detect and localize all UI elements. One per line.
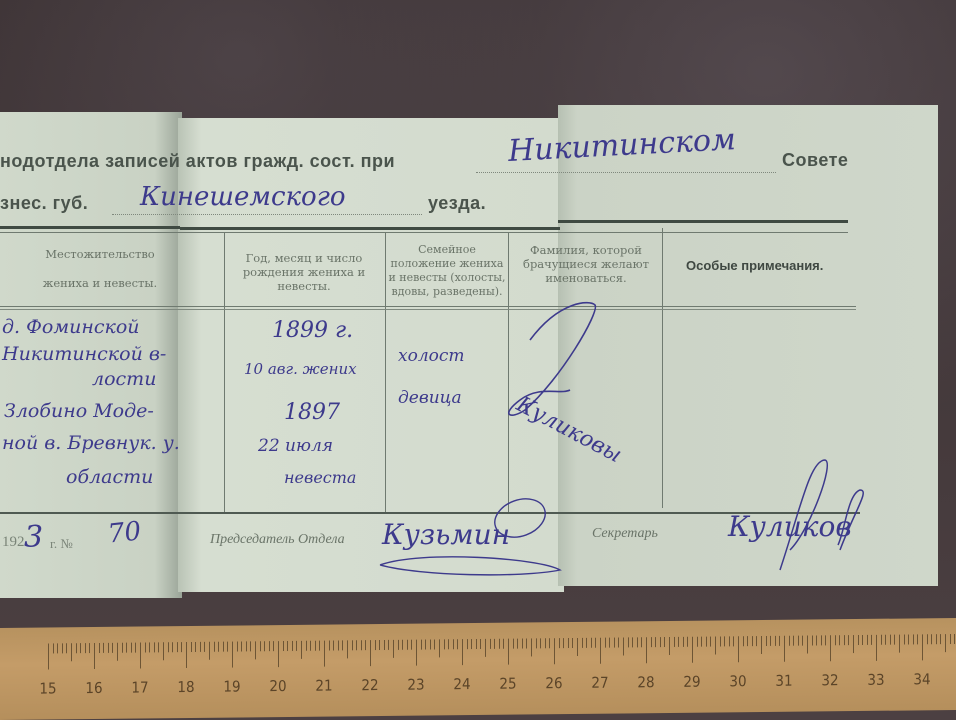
ruler-tick: [954, 634, 955, 644]
ruler-tick: [766, 636, 767, 646]
ruler-tick: [825, 635, 826, 645]
ruler-tick: [218, 642, 219, 652]
ruler-tick: [770, 636, 771, 646]
ruler-tick: [683, 637, 684, 647]
ruler-tick: [352, 640, 353, 650]
ruler-tick: [517, 639, 518, 649]
ruler-number: 31: [775, 672, 792, 690]
ruler-tick: [678, 637, 679, 647]
ruler-number: 24: [453, 675, 470, 693]
ruler-tick: [467, 639, 468, 649]
ruler-tick: [628, 637, 629, 647]
ruler-tick: [149, 642, 150, 652]
ruler-tick: [936, 634, 937, 644]
surname-flourish-icon: [500, 300, 620, 430]
ruler-tick: [214, 642, 215, 652]
ruler-tick: [453, 639, 454, 649]
ruler-tick: [375, 640, 376, 650]
ruler-tick: [232, 642, 233, 668]
secretary-label: Секретарь: [592, 526, 658, 542]
ruler-number: 23: [407, 676, 424, 694]
ruler-tick: [917, 634, 918, 644]
ruler-tick: [310, 641, 311, 651]
ruler-tick: [237, 642, 238, 652]
footer-number-label: г. №: [50, 536, 73, 552]
ruler-tick: [536, 638, 537, 648]
ruler-tick: [370, 640, 371, 666]
ruler-tick: [250, 641, 251, 651]
ruler-tick: [499, 639, 500, 649]
ruler-tick: [756, 636, 757, 646]
ruler-tick: [76, 643, 77, 653]
header-line2-prefix: знес. губ.: [0, 193, 88, 214]
ruler-tick: [931, 634, 932, 644]
ruler-tick: [319, 641, 320, 651]
ruler-tick: [913, 634, 914, 644]
ruler-tick: [255, 641, 256, 659]
ruler-tick: [71, 643, 72, 661]
column-divider-1: [224, 232, 225, 512]
ruler-tick: [839, 635, 840, 645]
ruler-tick: [692, 637, 693, 663]
ruler-tick: [641, 637, 642, 647]
ruler-tick: [186, 642, 187, 668]
column-header-birth: Год, месяц и число рождения жениха и нев…: [236, 251, 372, 293]
ruler-number: 20: [269, 677, 286, 695]
ruler-tick: [779, 636, 780, 646]
ruler-number: 17: [131, 678, 148, 696]
column-header-status: Семейное положение жениха и невесты (хол…: [387, 243, 507, 299]
ruler-tick: [549, 638, 550, 648]
ruler-tick: [393, 640, 394, 658]
ruler-tick: [591, 638, 592, 648]
ruler-tick: [789, 636, 790, 646]
ruler-tick: [48, 643, 49, 669]
ruler-tick: [333, 641, 334, 651]
cell-birth-line4: 22 июля: [258, 436, 333, 456]
ruler-tick: [361, 640, 362, 650]
table-top-rule-thin: [0, 232, 848, 233]
ruler-tick: [697, 637, 698, 647]
ruler-tick: [103, 643, 104, 653]
ruler-tick: [177, 642, 178, 652]
ruler-tick: [876, 635, 877, 661]
ruler-tick: [108, 643, 109, 653]
ruler-tick: [651, 637, 652, 647]
ruler-tick: [122, 643, 123, 653]
ruler-tick: [89, 643, 90, 653]
ruler-number: 16: [85, 679, 102, 697]
ruler-tick: [614, 638, 615, 648]
ruler-tick: [655, 637, 656, 647]
cell-residence-line3: лости: [92, 368, 156, 390]
ruler-tick: [848, 635, 849, 645]
ruler-tick: [554, 638, 555, 664]
ruler-number: 28: [637, 673, 654, 691]
ruler-tick: [761, 636, 762, 654]
ruler-tick: [743, 636, 744, 646]
ruler-tick: [269, 641, 270, 651]
ruler-tick: [112, 643, 113, 653]
ruler-tick: [168, 642, 169, 652]
ruler-tick: [398, 640, 399, 650]
ruler-tick: [384, 640, 385, 650]
ruler-tick: [53, 643, 54, 653]
ruler-tick: [577, 638, 578, 656]
chairman-label: Председатель Отдела: [210, 532, 345, 548]
table-top-rule-left: [0, 226, 180, 229]
ruler-tick: [407, 640, 408, 650]
ruler-tick: [457, 639, 458, 649]
ruler-tick: [338, 640, 339, 650]
ruler-tick: [720, 636, 721, 646]
ruler-tick: [950, 634, 951, 644]
ruler-tick: [448, 639, 449, 649]
ruler-tick: [315, 641, 316, 651]
ruler-tick: [802, 636, 803, 646]
ruler-tick: [582, 638, 583, 648]
ruler-number: 19: [223, 677, 240, 695]
ruler-tick: [618, 638, 619, 648]
ruler-tick: [710, 637, 711, 647]
ruler-tick: [775, 636, 776, 646]
ruler-tick: [793, 636, 794, 646]
ruler-tick: [522, 639, 523, 649]
ruler-tick: [66, 643, 67, 653]
header-line1-prefix: нодотдела записей актов гражд. сост. при: [0, 151, 395, 172]
ruler-tick: [195, 642, 196, 652]
ruler-number: 29: [683, 673, 700, 691]
ruler-tick: [733, 636, 734, 646]
ruler-tick: [922, 634, 923, 660]
ruler-tick: [605, 638, 606, 648]
ruler-tick: [356, 640, 357, 650]
ruler-tick: [273, 641, 274, 651]
cell-residence-line1: д. Фоминской: [2, 316, 140, 338]
ruler-tick: [784, 636, 785, 662]
ruler-tick: [940, 634, 941, 644]
ruler-number: 21: [315, 677, 332, 695]
ruler-tick: [600, 638, 601, 664]
ruler-tick: [94, 643, 95, 669]
footer-year-prefix: 192: [2, 534, 25, 551]
ruler-tick: [241, 641, 242, 651]
ruler-tick: [674, 637, 675, 647]
ruler-tick: [411, 640, 412, 650]
ruler-tick: [664, 637, 665, 647]
ruler-tick: [816, 635, 817, 645]
ruler-number: 34: [913, 670, 930, 688]
column-header-rule-2: [0, 309, 856, 310]
ruler-tick: [798, 636, 799, 646]
cell-birth-line2: 10 авг. жених: [244, 360, 357, 378]
cell-residence-line4: Злобино Моде-: [4, 400, 154, 422]
ruler-tick: [246, 641, 247, 651]
ruler-tick: [306, 641, 307, 651]
ruler-tick: [812, 635, 813, 645]
ruler-number: 30: [729, 672, 746, 690]
ruler-tick: [200, 642, 201, 652]
cell-status-line1: холост: [398, 346, 465, 366]
header-line2-suffix: уезда.: [428, 193, 486, 214]
ruler-tick: [715, 637, 716, 655]
ruler-tick: [181, 642, 182, 652]
ruler-tick: [706, 637, 707, 647]
ruler-tick: [292, 641, 293, 651]
ruler-tick: [480, 639, 481, 649]
cell-residence-line2: Никитинской в-: [2, 343, 166, 365]
ruler-tick: [513, 639, 514, 649]
ruler-tick: [227, 642, 228, 652]
ruler-tick: [223, 642, 224, 652]
ruler-tick: [890, 635, 891, 645]
cell-birth-line1: 1899 г.: [272, 318, 353, 343]
ruler-tick: [545, 638, 546, 648]
ruler-tick: [752, 636, 753, 646]
ruler-tick: [867, 635, 868, 645]
ruler-tick: [117, 643, 118, 661]
ruler: 1516171819202122232425262728293031323334: [0, 618, 956, 720]
ruler-tick: [687, 637, 688, 647]
ruler-tick: [260, 641, 261, 651]
secretary-signature-flourish-icon: [720, 450, 880, 590]
ruler-tick: [595, 638, 596, 648]
ruler-tick: [158, 642, 159, 652]
ruler-tick: [494, 639, 495, 649]
ruler-tick: [342, 640, 343, 650]
ruler-tick: [99, 643, 100, 653]
ruler-tick: [135, 643, 136, 653]
ruler-tick: [871, 635, 872, 645]
ruler-tick: [402, 640, 403, 650]
ruler-tick: [329, 641, 330, 651]
cell-birth-line3: 1897: [284, 400, 340, 425]
column-header-rule: [0, 306, 856, 307]
ruler-tick: [131, 643, 132, 653]
ruler-tick: [140, 643, 141, 669]
ruler-tick: [899, 635, 900, 653]
ruler-tick: [365, 640, 366, 650]
ruler-tick: [172, 642, 173, 652]
ruler-tick: [347, 640, 348, 658]
ruler-tick: [660, 637, 661, 647]
ruler-tick: [881, 635, 882, 645]
ruler-tick: [425, 640, 426, 650]
cell-birth-line5: невеста: [284, 468, 356, 487]
ruler-tick: [563, 638, 564, 648]
ruler-tick: [885, 635, 886, 645]
ruler-tick: [637, 637, 638, 647]
ruler-tick: [476, 639, 477, 649]
ruler-tick: [835, 635, 836, 645]
ruler-tick: [572, 638, 573, 648]
ruler-tick: [209, 642, 210, 660]
ruler-tick: [821, 635, 822, 645]
cell-status-line2: девица: [398, 388, 462, 408]
column-header-surname: Фамилия, которой брачущиеся желают имено…: [512, 243, 660, 285]
header-line1-suffix: Совете: [782, 150, 848, 171]
ruler-tick: [807, 636, 808, 654]
ruler-tick: [80, 643, 81, 653]
ruler-tick: [724, 636, 725, 646]
ruler-tick: [646, 637, 647, 663]
ruler-tick: [191, 642, 192, 652]
ruler-tick: [126, 643, 127, 653]
ruler-tick: [287, 641, 288, 651]
ruler-tick: [278, 641, 279, 667]
ruler-tick: [154, 642, 155, 652]
header-line2-handwritten: Кинешемского: [140, 182, 346, 212]
ruler-tick: [324, 641, 325, 667]
ruler-tick: [439, 639, 440, 657]
ruler-tick: [927, 634, 928, 644]
ruler-number: 22: [361, 676, 378, 694]
cell-residence-line6: области: [66, 466, 153, 488]
ruler-tick: [471, 639, 472, 649]
ruler-tick: [264, 641, 265, 651]
table-top-rule-right: [558, 220, 848, 223]
chairman-signature-flourish-icon: [360, 470, 600, 590]
ruler-tick: [729, 636, 730, 646]
ruler-tick: [462, 639, 463, 665]
ruler-tick: [508, 639, 509, 665]
ruler-tick: [738, 636, 739, 662]
ruler-tick: [163, 642, 164, 660]
ruler-tick: [609, 638, 610, 648]
ruler-tick: [421, 640, 422, 650]
ruler-tick: [701, 637, 702, 647]
ruler-tick: [586, 638, 587, 648]
cell-residence-line5: ной в. Бревнук. у.: [2, 432, 180, 454]
ruler-tick: [747, 636, 748, 646]
ruler-tick: [830, 635, 831, 661]
ruler-number: 25: [499, 675, 516, 693]
column-header-residence-line1: Местожительство: [20, 247, 180, 261]
ruler-tick: [904, 635, 905, 645]
ruler-tick: [669, 637, 670, 655]
ruler-tick: [862, 635, 863, 645]
ruler-tick: [844, 635, 845, 645]
ruler-number: 33: [867, 671, 884, 689]
ruler-tick: [85, 643, 86, 653]
ruler-number: 26: [545, 674, 562, 692]
ruler-tick: [485, 639, 486, 657]
ruler-tick: [388, 640, 389, 650]
ruler-number: 32: [821, 671, 838, 689]
ruler-tick: [908, 634, 909, 644]
ruler-number: 18: [177, 678, 194, 696]
column-header-residence-line2: жениха и невесты.: [20, 276, 180, 290]
footer-number: 70: [107, 516, 143, 549]
header-line1-dotted-field: [476, 172, 776, 173]
ruler-tick: [894, 635, 895, 645]
ruler-tick: [416, 640, 417, 666]
ruler-tick: [379, 640, 380, 650]
ruler-tick: [444, 639, 445, 649]
ruler-tick: [531, 638, 532, 656]
ruler-tick: [145, 642, 146, 652]
ruler-tick: [204, 642, 205, 652]
ruler-tick: [283, 641, 284, 651]
table-top-rule-mid: [180, 227, 560, 230]
ruler-tick: [623, 637, 624, 655]
ruler-tick: [301, 641, 302, 659]
ruler-tick: [568, 638, 569, 648]
ruler-number: 15: [39, 679, 56, 697]
ruler-number: 27: [591, 674, 608, 692]
ruler-tick: [430, 639, 431, 649]
ruler-tick: [490, 639, 491, 649]
footer-year-digit: 3: [24, 520, 43, 555]
ruler-tick: [632, 637, 633, 647]
ruler-tick: [540, 638, 541, 648]
ruler-tick: [57, 643, 58, 653]
ruler-tick: [853, 635, 854, 653]
ruler-tick: [526, 638, 527, 648]
ruler-tick: [434, 639, 435, 649]
column-divider-4: [662, 228, 663, 508]
ruler-tick: [945, 634, 946, 652]
ruler-tick: [503, 639, 504, 649]
header-line2-dotted-field: [112, 214, 422, 215]
ruler-tick: [62, 643, 63, 653]
ruler-tick: [559, 638, 560, 648]
ruler-tick: [296, 641, 297, 651]
ruler-tick: [858, 635, 859, 645]
column-header-notes: Особые примечания.: [686, 258, 823, 273]
